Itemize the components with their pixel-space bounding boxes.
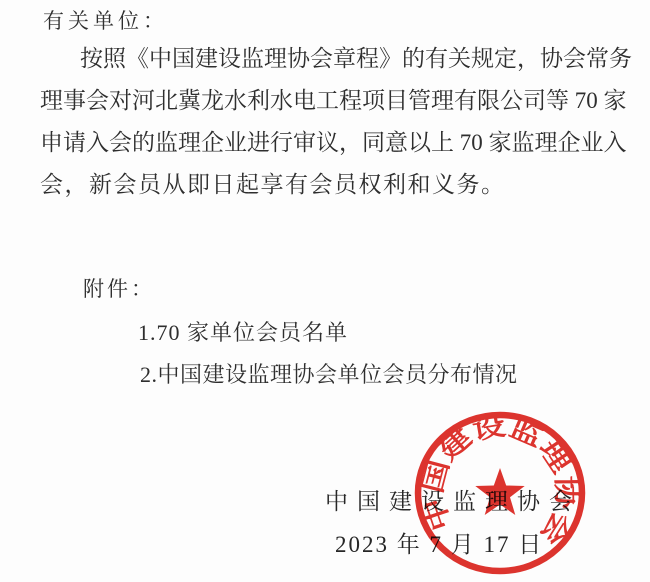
body-line-2: 理事会对河北冀龙水利水电工程项目管理有限公司等 70 家 — [40, 80, 618, 122]
body-line-3: 申请入会的监理企业进行审议，同意以上 70 家监理企业入 — [40, 122, 618, 164]
body-line-1: 按照《中国建设监理协会章程》的有关规定，协会常务 — [40, 38, 618, 80]
attachments-label: 附件： — [83, 273, 155, 303]
salutation-line: 有关单位： — [43, 5, 168, 35]
seal-star-icon — [475, 468, 524, 515]
document-page: 有关单位： 按照《中国建设监理协会章程》的有关规定，协会常务 理事会对河北冀龙水… — [0, 0, 650, 582]
body-paragraph: 按照《中国建设监理协会章程》的有关规定，协会常务 理事会对河北冀龙水利水电工程项… — [40, 38, 618, 206]
attachment-item-1: 1.70 家单位会员名单 — [138, 316, 348, 347]
body-line-4: 会，新会员从即日起享有会员权利和义务。 — [40, 164, 618, 206]
attachment-item-2: 2.中国建设监理协会单位会员分布情况 — [140, 358, 518, 389]
official-seal: 中国建设监理协会 — [406, 404, 594, 582]
